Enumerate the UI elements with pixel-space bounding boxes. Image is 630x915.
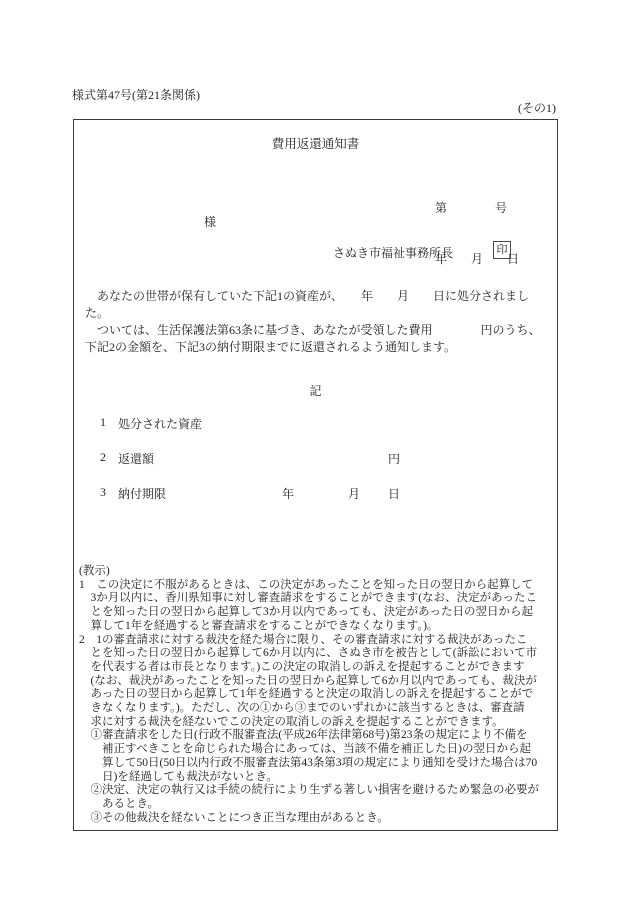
kyoji-instructions: (教示)1 この決定に不服があるときは、この決定があったことを知った日の翌日から… <box>79 565 555 825</box>
text-line: きなくなります。)。ただし、次の①から③までのいずれかに該当するときは、審査請 <box>79 702 555 716</box>
item-number: 1 <box>100 415 106 430</box>
text-line: 補正すべきことを命じられた場合にあっては、当該不備を補正した日)の翌日から起 <box>79 743 555 757</box>
list-item-payment-deadline: 3 納付期限 年 月 日 <box>74 485 557 501</box>
item-label: 処分された資産 <box>118 415 202 432</box>
text-line: ③その他裁決を経ないことにつき正当な理由があるとき。 <box>79 812 555 826</box>
text-line: 算して1年を経過すると審査請求をすることができなくなります。)。 <box>79 620 555 634</box>
text-line: ついては、生活保護法第63条に基づき、あなたが受領した費用 円のうち、 <box>85 322 553 339</box>
issuer-title: さぬき市福祉事務所長 <box>333 244 453 261</box>
text-line: とを知った日の翌日から起算して3か月以内であっても、決定があった日の翌日から起 <box>79 606 555 620</box>
text-line: あるとき。 <box>79 798 555 812</box>
text-line: (なお、裁決があったことを知った日の翌日から起算して6か月以内であっても、裁決が <box>79 675 555 689</box>
notice-border-box: 費用返還通知書 第 号 年 月 日 様 さぬき市福祉事務所長 印 あなたの世帯が… <box>73 119 558 831</box>
item-number: 3 <box>100 485 106 500</box>
text-line: た。 <box>85 305 553 322</box>
item-label: 返還額 <box>118 450 154 467</box>
text-line: 3か月以内に、香川県知事に対し審査請求をすることができます(なお、決定があったこ <box>79 592 555 606</box>
text-line: 日)を経過しても裁決がないとき。 <box>79 771 555 785</box>
text-line: 算して50日(50日以内行政不服審査法第43条第3項の規定により通知を受けた場合… <box>79 757 555 771</box>
text-line: ①審査請求をした日(行政不服審査法(平成26年法律第68号)第23条の規定により… <box>79 729 555 743</box>
text-line: とを知った日の翌日から起算して6か月以内に、さぬき市を被告として(訴訟において市 <box>79 647 555 661</box>
document-number-line: 第 号 <box>435 200 519 217</box>
day-label: 日 <box>388 485 400 502</box>
document-page: 様式第47号(第21条関係) (その1) 費用返還通知書 第 号 年 月 日 様… <box>0 0 630 915</box>
text-line: (教示) <box>79 565 555 579</box>
document-number-date-block: 第 号 年 月 日 <box>435 166 519 302</box>
document-title: 費用返還通知書 <box>74 134 557 152</box>
form-number-label: 様式第47号(第21条関係) <box>72 86 200 103</box>
month-label: 月 <box>348 485 360 502</box>
ki-heading: 記 <box>74 382 557 399</box>
addressee-sama-label: 様 <box>204 213 216 230</box>
body-paragraph: あなたの世帯が保有していた下記1の資産が、 年 月 日に処分されました。 ついて… <box>85 288 553 356</box>
year-label: 年 <box>282 485 294 502</box>
list-item-disposed-assets: 1 処分された資産 <box>74 415 557 431</box>
text-line: あなたの世帯が保有していた下記1の資産が、 年 月 日に処分されまし <box>85 288 553 305</box>
list-item-return-amount: 2 返還額 円 <box>74 450 557 466</box>
yen-unit-label: 円 <box>388 450 400 467</box>
seal-box: 印 <box>493 241 511 259</box>
item-label: 納付期限 <box>118 485 166 502</box>
text-line: 2 1の審査請求に対する裁決を経た場合に限り、その審査請求に対する裁決があったこ <box>79 634 555 648</box>
text-line: を代表する者は市長となります。)この決定の取消しの訴えを提起することができます <box>79 661 555 675</box>
text-line: あった日の翌日から起算して1年を経過すると決定の取消しの訴えを提起することがで <box>79 688 555 702</box>
item-number: 2 <box>100 450 106 465</box>
sheet-number-label: (その1) <box>518 99 556 116</box>
text-line: 求に対する裁決を経ないでこの決定の取消しの訴えを提起することができます。 <box>79 716 555 730</box>
text-line: ②決定、決定の執行又は手続の続行により生ずる著しい損害を避けるため緊急の必要が <box>79 784 555 798</box>
text-line: 1 この決定に不服があるときは、この決定があったことを知った日の翌日から起算して <box>79 579 555 593</box>
text-line: 下記2の金額を、下記3の納付期限までに返還されるよう通知します。 <box>85 339 553 356</box>
